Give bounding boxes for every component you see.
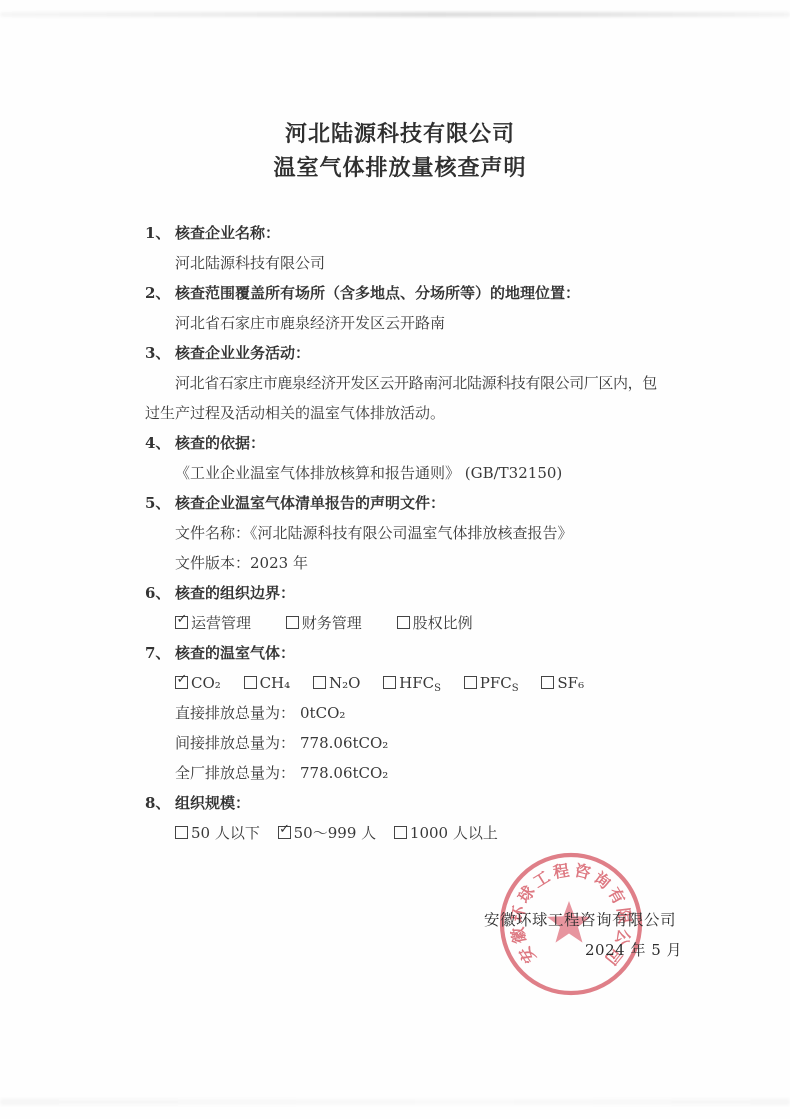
scan-top-edge-shadow: [0, 12, 790, 17]
section-6-checkbox-row: 运营管理 财务管理 股权比例: [145, 608, 745, 638]
gas-option-co2: CO₂: [175, 674, 221, 692]
direct-emission-label: 直接排放总量为：: [175, 704, 295, 722]
section-5-number: 5、: [145, 488, 175, 518]
gas-formula: CO₂: [191, 674, 221, 692]
boundary-option-equity: 股权比例: [397, 614, 473, 632]
size-option-label: 50 人以下: [191, 824, 260, 842]
section-7-heading-text: 核查的温室气体：: [175, 644, 295, 662]
title-statement-name: 温室气体排放量核查声明: [10, 151, 790, 185]
checkbox-50-999: [278, 826, 291, 839]
gas-formula: CH₄: [260, 674, 291, 692]
gas-option-pfcs: PFCS: [464, 674, 519, 692]
section-8-heading: 8、组织规模：: [145, 788, 745, 818]
size-option-over-1000: 1000 人以上: [394, 824, 498, 842]
gas-checkbox-row: CO₂ CH₄ N₂O HFCS PFCS SF₆: [145, 668, 745, 698]
document-title: 河北陆源科技有限公司 温室气体排放量核查声明: [10, 117, 790, 185]
boundary-option-label: 运营管理: [191, 614, 251, 632]
section-6-number: 6、: [145, 578, 175, 608]
section-4-content: 《工业企业温室气体排放核算和报告通则》 (GB/T32150): [145, 458, 745, 488]
direct-emission-line: 直接排放总量为：0tCO₂: [145, 698, 745, 728]
section-1-number: 1、: [145, 218, 175, 248]
gas-formula: SF₆: [557, 674, 584, 692]
signature-date: 2024 年 5 月: [585, 939, 682, 960]
section-5-document-name: 文件名称：《河北陆源科技有限公司温室气体排放核查报告》: [145, 518, 745, 548]
section-2-number: 2、: [145, 278, 175, 308]
section-5-heading: 5、核查企业温室气体清单报告的声明文件：: [145, 488, 745, 518]
section-8-heading-text: 组织规模：: [175, 794, 250, 812]
gas-option-hfcs: HFCS: [383, 674, 441, 692]
checkbox-operational-management: [175, 616, 188, 629]
section-8-number: 8、: [145, 788, 175, 818]
indirect-emission-value: 778.06tCO₂: [300, 734, 388, 752]
section-2-heading: 2、核查范围覆盖所有场所（含多地点、分场所等）的地理位置：: [145, 278, 745, 308]
boundary-option-operational: 运营管理: [175, 614, 251, 632]
checkbox-co2: [175, 676, 188, 689]
section-7-heading: 7、核查的温室气体：: [145, 638, 745, 668]
section-2-heading-text: 核查范围覆盖所有场所（含多地点、分场所等）的地理位置：: [175, 284, 580, 302]
section-1-heading-text: 核查企业名称：: [175, 224, 280, 242]
section-2-content: 河北省石家庄市鹿泉经济开发区云开路南: [145, 308, 745, 338]
gas-formula-subscript: S: [512, 683, 519, 694]
section-3-heading: 3、核查企业业务活动：: [145, 338, 745, 368]
section-4-heading: 4、核查的依据：: [145, 428, 745, 458]
consultant-company-name: 安徽环球工程咨询有限公司: [484, 908, 676, 930]
section-7-number: 7、: [145, 638, 175, 668]
scanned-document-page: 河北陆源科技有限公司 温室气体排放量核查声明 1、核查企业名称： 河北陆源科技有…: [0, 0, 790, 1119]
checkbox-hfcs: [383, 676, 396, 689]
section-3-number: 3、: [145, 338, 175, 368]
size-option-50-999: 50～999 人: [278, 824, 377, 842]
checkbox-under-50: [175, 826, 188, 839]
section-5-document-version: 文件版本：2023 年: [145, 548, 745, 578]
gas-formula: N₂O: [329, 674, 360, 692]
boundary-option-label: 股权比例: [413, 614, 473, 632]
section-6-heading-text: 核查的组织边界：: [175, 584, 295, 602]
size-option-label: 1000 人以上: [410, 824, 498, 842]
boundary-option-financial: 财务管理: [286, 614, 362, 632]
total-emission-line: 全厂排放总量为：778.06tCO₂: [145, 758, 745, 788]
section-4-number: 4、: [145, 428, 175, 458]
direct-emission-value: 0tCO₂: [300, 704, 345, 722]
total-emission-value: 778.06tCO₂: [300, 764, 388, 782]
total-emission-label: 全厂排放总量为：: [175, 764, 295, 782]
indirect-emission-line: 间接排放总量为：778.06tCO₂: [145, 728, 745, 758]
indirect-emission-label: 间接排放总量为：: [175, 734, 295, 752]
gas-option-ch4: CH₄: [244, 674, 291, 692]
checkbox-ch4: [244, 676, 257, 689]
checkbox-pfcs: [464, 676, 477, 689]
scan-bottom-edge-shadow: [0, 1099, 790, 1105]
gas-option-sf6: SF₆: [541, 674, 584, 692]
section-1-content: 河北陆源科技有限公司: [145, 248, 745, 278]
checkbox-sf6: [541, 676, 554, 689]
section-3-paragraph-line-2: 过生产过程及活动相关的温室气体排放活动。: [145, 398, 745, 428]
section-4-heading-text: 核查的依据：: [175, 434, 265, 452]
checkbox-n2o: [313, 676, 326, 689]
title-company-name: 河北陆源科技有限公司: [10, 117, 790, 151]
section-8-checkbox-row: 50 人以下 50～999 人 1000 人以上: [145, 818, 745, 848]
document-body: 1、核查企业名称： 河北陆源科技有限公司 2、核查范围覆盖所有场所（含多地点、分…: [145, 218, 745, 848]
section-3-heading-text: 核查企业业务活动：: [175, 344, 310, 362]
size-option-under-50: 50 人以下: [175, 824, 260, 842]
gas-formula-subscript: S: [434, 683, 441, 694]
section-3-paragraph-line-1: 河北省石家庄市鹿泉经济开发区云开路南河北陆源科技有限公司厂区内，包: [145, 368, 745, 398]
section-6-heading: 6、核查的组织边界：: [145, 578, 745, 608]
section-1-heading: 1、核查企业名称：: [145, 218, 745, 248]
gas-formula: HFC: [399, 674, 434, 692]
checkbox-equity-share: [397, 616, 410, 629]
section-5-heading-text: 核查企业温室气体清单报告的声明文件：: [175, 494, 445, 512]
gas-formula: PFC: [480, 674, 512, 692]
boundary-option-label: 财务管理: [302, 614, 362, 632]
checkbox-over-1000: [394, 826, 407, 839]
checkbox-financial-management: [286, 616, 299, 629]
size-option-label: 50～999 人: [294, 824, 377, 842]
gas-option-n2o: N₂O: [313, 674, 360, 692]
